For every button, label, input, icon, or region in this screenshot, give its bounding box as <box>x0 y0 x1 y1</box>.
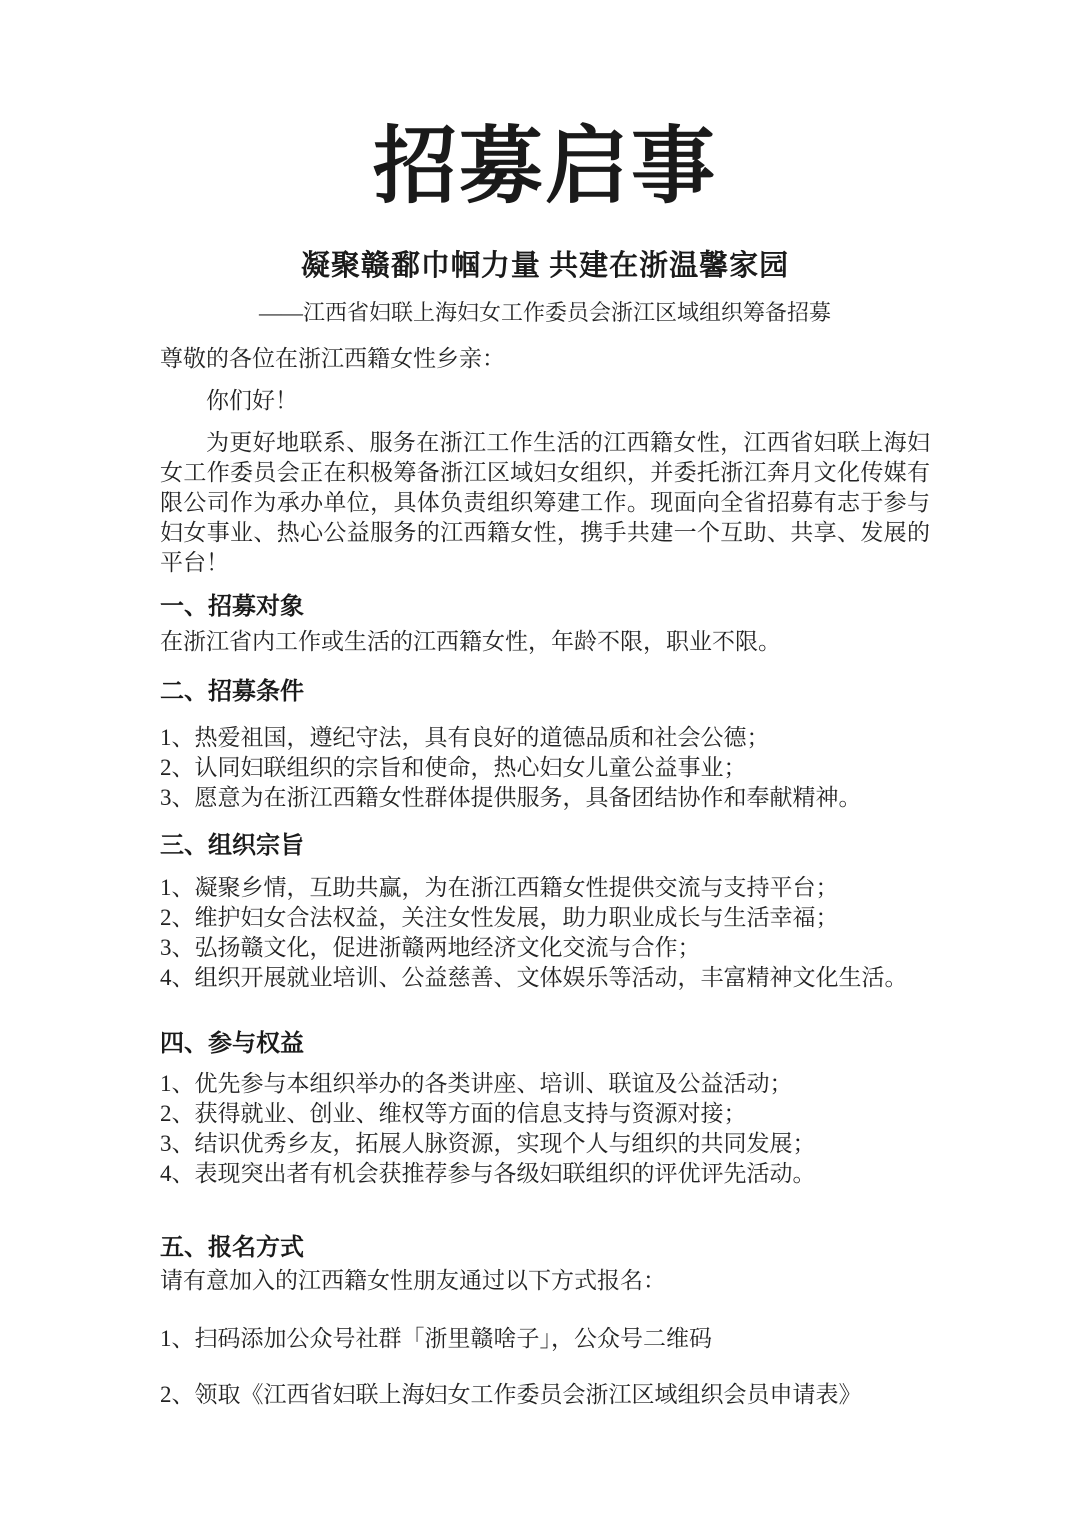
section-participation-benefits: 四、参与权益 1、优先参与本组织举办的各类讲座、培训、联谊及公益活动； 2、获得… <box>160 1029 930 1189</box>
section-heading: 三、组织宗旨 <box>160 831 930 861</box>
page-subtitle: 凝聚赣鄱巾帼力量 共建在浙温馨家园 <box>160 246 930 286</box>
list-item: 2、领取《江西省妇联上海妇女工作委员会浙江区域组织会员申请表》 <box>160 1380 930 1410</box>
list-item: 1、凝聚乡情，互助共赢，为在浙江西籍女性提供交流与支持平台； <box>160 873 930 903</box>
benefit-list: 1、优先参与本组织举办的各类讲座、培训、联谊及公益活动； 2、获得就业、创业、维… <box>160 1069 930 1189</box>
section-heading: 五、报名方式 <box>160 1233 930 1263</box>
list-item: 4、组织开展就业培训、公益慈善、文体娱乐等活动，丰富精神文化生活。 <box>160 963 930 993</box>
section-heading: 四、参与权益 <box>160 1029 930 1059</box>
greeting: 你们好！ <box>160 386 930 416</box>
section-recruitment-target: 一、招募对象 在浙江省内工作或生活的江西籍女性，年龄不限，职业不限。 <box>160 592 930 657</box>
purpose-list: 1、凝聚乡情，互助共赢，为在浙江西籍女性提供交流与支持平台； 2、维护妇女合法权… <box>160 873 930 993</box>
byline: ——江西省妇联上海妇女工作委员会浙江区域组织筹备招募 <box>160 298 930 328</box>
page-title: 招募启事 <box>160 115 930 220</box>
section-heading: 二、招募条件 <box>160 677 930 707</box>
document-page: 招募启事 凝聚赣鄱巾帼力量 共建在浙温馨家园 ——江西省妇联上海妇女工作委员会浙… <box>0 0 1080 1528</box>
section-recruitment-conditions: 二、招募条件 1、热爱祖国，遵纪守法，具有良好的道德品质和社会公德； 2、认同妇… <box>160 677 930 813</box>
list-item: 3、弘扬赣文化，促进浙赣两地经济文化交流与合作； <box>160 933 930 963</box>
list-item: 1、优先参与本组织举办的各类讲座、培训、联谊及公益活动； <box>160 1069 930 1099</box>
list-item: 3、愿意为在浙江西籍女性群体提供服务，具备团结协作和奉献精神。 <box>160 783 930 813</box>
salutation: 尊敬的各位在浙江西籍女性乡亲： <box>160 344 930 374</box>
section-heading: 一、招募对象 <box>160 592 930 622</box>
list-item: 4、表现突出者有机会获推荐参与各级妇联组织的评优评先活动。 <box>160 1159 930 1189</box>
list-item: 2、维护妇女合法权益，关注女性发展，助力职业成长与生活幸福； <box>160 903 930 933</box>
section-registration-method: 五、报名方式 请有意加入的江西籍女性朋友通过以下方式报名： 1、扫码添加公众号社… <box>160 1233 930 1410</box>
section-lead: 请有意加入的江西籍女性朋友通过以下方式报名： <box>160 1266 930 1296</box>
intro-paragraph: 为更好地联系、服务在浙江工作生活的江西籍女性，江西省妇联上海妇女工作委员会正在积… <box>160 428 930 578</box>
section-organization-purpose: 三、组织宗旨 1、凝聚乡情，互助共赢，为在浙江西籍女性提供交流与支持平台； 2、… <box>160 831 930 993</box>
list-item: 1、扫码添加公众号社群「浙里赣啥子」，公众号二维码 <box>160 1324 930 1354</box>
list-item: 2、获得就业、创业、维权等方面的信息支持与资源对接； <box>160 1099 930 1129</box>
section-text: 在浙江省内工作或生活的江西籍女性，年龄不限，职业不限。 <box>160 627 930 657</box>
list-item: 3、结识优秀乡友，拓展人脉资源，实现个人与组织的共同发展； <box>160 1129 930 1159</box>
list-item: 2、认同妇联组织的宗旨和使命，热心妇女儿童公益事业； <box>160 753 930 783</box>
list-item: 1、热爱祖国，遵纪守法，具有良好的道德品质和社会公德； <box>160 723 930 753</box>
condition-list: 1、热爱祖国，遵纪守法，具有良好的道德品质和社会公德； 2、认同妇联组织的宗旨和… <box>160 723 930 813</box>
